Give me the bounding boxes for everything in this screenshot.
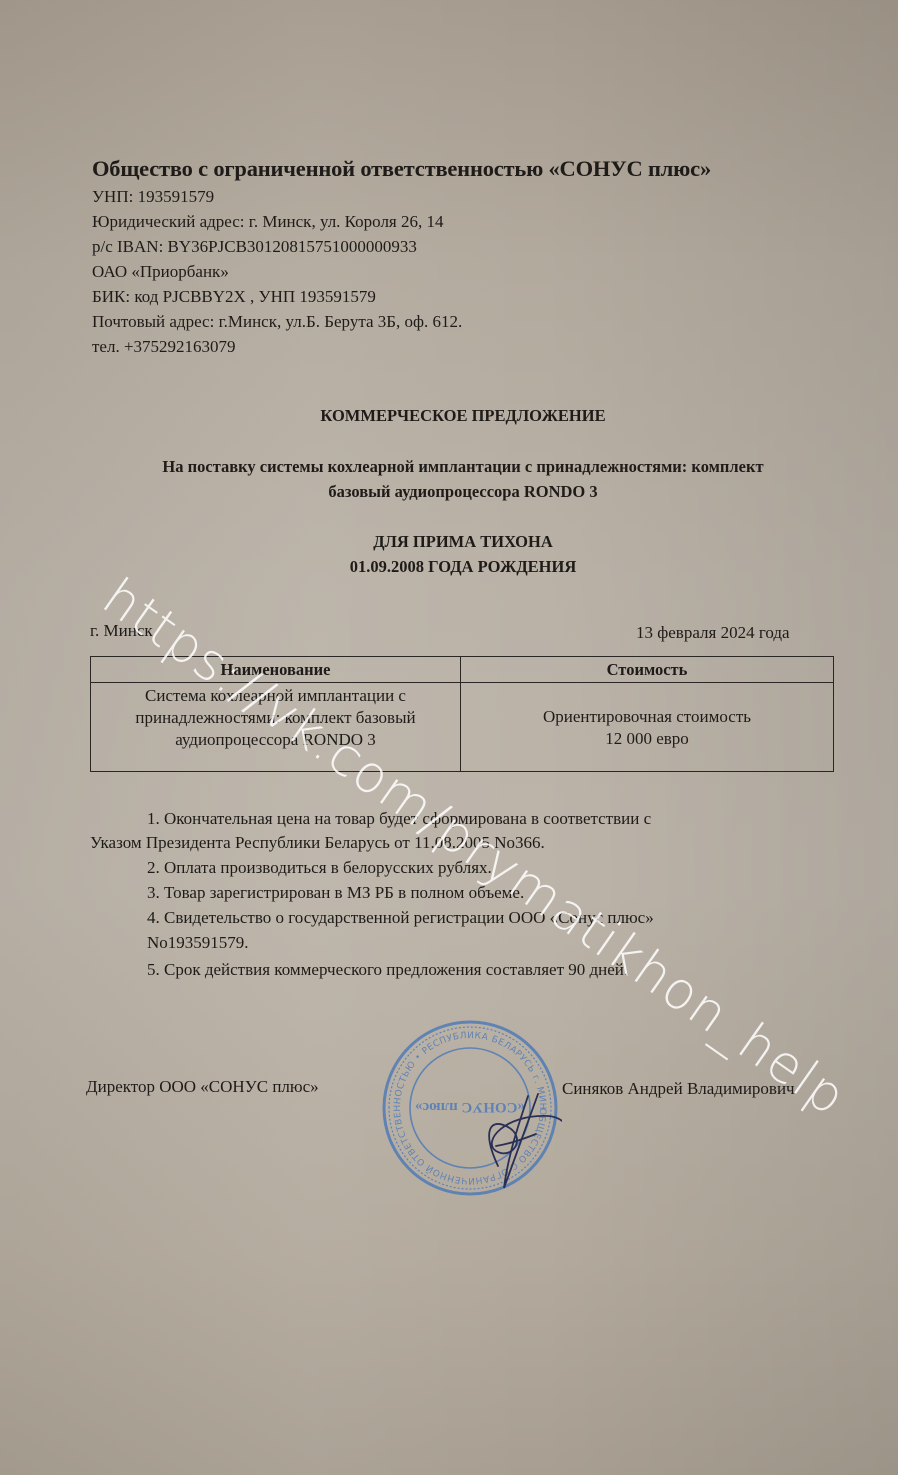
item-name-line: Система кохлеарной имплантации с [91,685,460,707]
requisite-iban: р/с IBAN: BY36PJCB30120815751000000933 [92,237,417,257]
requisite-legal-address: Юридический адрес: г. Минск, ул. Короля … [92,212,444,232]
offer-table: Наименование Стоимость Система кохлеарно… [90,656,834,772]
company-stamp-icon: ОБЩЕСТВО С ОГРАНИЧЕННОЙ ОТВЕТСТВЕННОСТЬЮ… [378,1016,562,1200]
condition-item: 1. Окончательная цена на товар будет сфо… [147,807,651,831]
cell-item-name: Система кохлеарной имплантации с принадл… [91,683,461,772]
signatory-position: Директор ООО «СОНУС плюс» [86,1077,319,1097]
condition-item: 4. Свидетельство о государственной регис… [147,906,654,930]
cost-value: 12 000 евро [461,728,833,750]
table-header-row: Наименование Стоимость [91,657,834,683]
city: г. Минск [90,621,153,641]
signatory-name: Синяков Андрей Владимирович [562,1079,795,1099]
company-name: Общество с ограниченной ответственностью… [92,156,711,182]
requisite-bank: ОАО «Приорбанк» [92,262,229,282]
recipient-line-2: 01.09.2008 ГОДА РОЖДЕНИЯ [0,557,898,577]
column-header-name: Наименование [91,657,461,683]
condition-item: 3. Товар зарегистрирован в МЗ РБ в полно… [147,881,524,905]
condition-item-continued: No193591579. [147,931,249,955]
requisite-phone: тел. +375292163079 [92,337,236,357]
cell-item-cost: Ориентировочная стоимость 12 000 евро [461,683,834,772]
item-name-line: аудиопроцессора RONDO 3 [91,729,460,751]
condition-item-continued: Указом Президента Республики Беларусь от… [90,831,545,855]
subject-line-1: На поставку системы кохлеарной имплантац… [0,457,898,477]
requisite-unp: УНП: 193591579 [92,187,214,207]
requisite-postal-address: Почтовый адрес: г.Минск, ул.Б. Берута 3Б… [92,312,462,332]
column-header-cost: Стоимость [461,657,834,683]
condition-item: 2. Оплата производиться в белорусских ру… [147,856,492,880]
recipient-line-1: ДЛЯ ПРИМА ТИХОНА [0,532,898,552]
svg-text:«СОНУС плюс»: «СОНУС плюс» [415,1099,525,1115]
document-date: 13 февраля 2024 года [636,623,790,643]
cost-label: Ориентировочная стоимость [461,706,833,728]
subject-line-2: базовый аудиопроцессора RONDO 3 [0,482,898,502]
document-title: КОММЕРЧЕСКОЕ ПРЕДЛОЖЕНИЕ [0,406,898,426]
item-name-line: принадлежностями: комплект базовый [91,707,460,729]
requisite-bik: БИК: код PJCBBY2X , УНП 193591579 [92,287,376,307]
table-row: Система кохлеарной имплантации с принадл… [91,683,834,772]
condition-item: 5. Срок действия коммерческого предложен… [147,958,628,982]
